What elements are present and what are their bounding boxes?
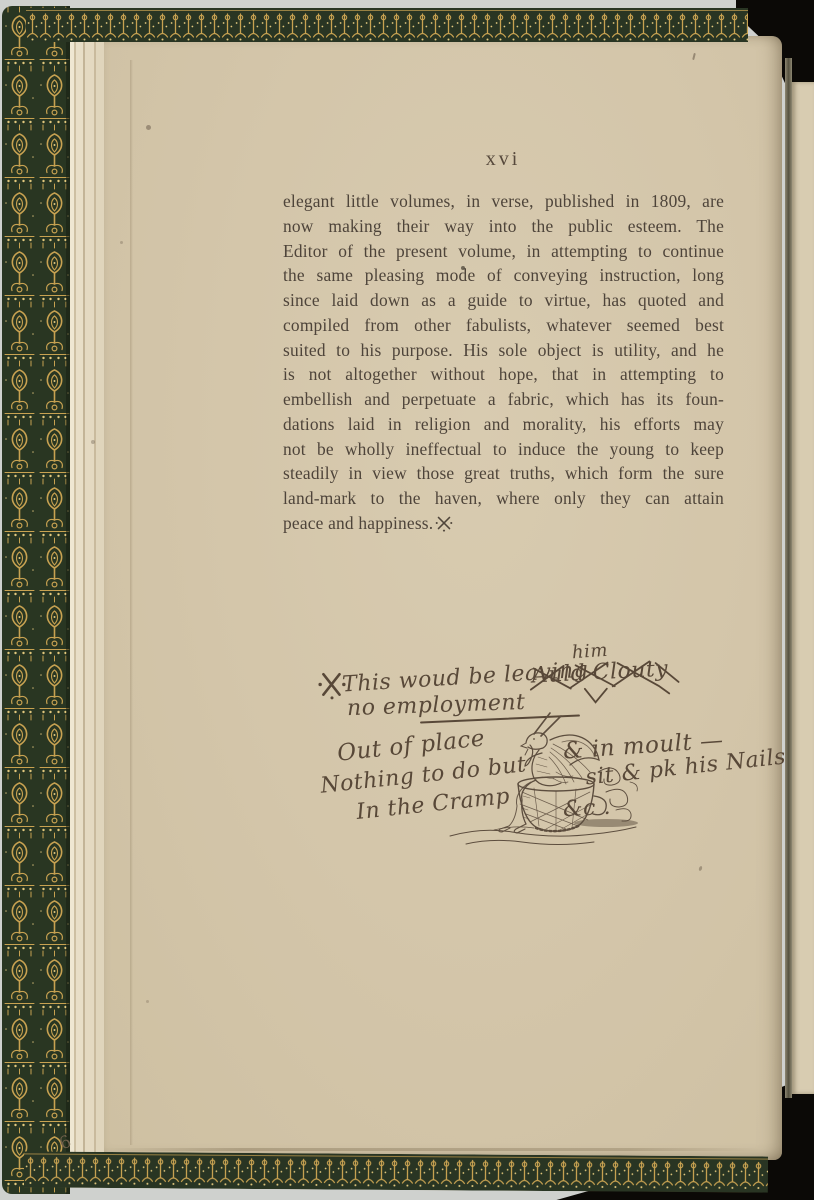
paragraph-line: steadily in view those great truths, whi…	[283, 461, 724, 486]
paragraph-line: since laid down as a guide to virtue, ha…	[283, 288, 724, 313]
page-crease	[130, 60, 133, 1145]
stain-spot	[120, 241, 123, 244]
stain-spot	[91, 440, 95, 444]
paragraph-line: dations laid in religion and morality, h…	[283, 412, 724, 437]
paragraph-line: the same pleasing mode of conveying inst…	[283, 263, 724, 288]
stain-spot	[461, 266, 465, 270]
paragraph-line: suited to his purpose. His sole object i…	[283, 338, 724, 363]
paragraph-line: embellish and perpetuate a fabric, which…	[283, 387, 724, 412]
paragraph-line: land-mark to the haven, where only they …	[283, 486, 724, 511]
annotation-insertion: him	[571, 640, 608, 663]
paragraph-line: compiled from other fabulists, whatever …	[283, 313, 724, 338]
facing-page-edge	[792, 82, 814, 1094]
binding-bottom-strip	[24, 1151, 768, 1192]
page-gap-line	[785, 58, 792, 1098]
paragraph-line: now making their way into the public est…	[283, 214, 724, 239]
paragraph-line: Editor of the present volume, in attempt…	[283, 239, 724, 264]
paragraph-line: elegant little volumes, in verse, publis…	[283, 189, 724, 214]
stain-spot	[146, 125, 151, 130]
binding-top-strip	[26, 8, 748, 42]
devil-on-basket-sketch	[438, 712, 648, 852]
paragraph-last-line: peace and happiness.	[283, 511, 724, 539]
paragraph-line: not be wholly ineffectual to induce the …	[283, 437, 724, 462]
binding-left-strip	[2, 6, 70, 1194]
printed-paragraph: elegant little volumes, in verse, publis…	[283, 189, 724, 539]
reference-cross-mark-icon	[435, 514, 453, 539]
stain-spot	[146, 1000, 149, 1003]
page-bottom-edge	[110, 1148, 760, 1151]
paragraph-line: is not altogether without hope, that in …	[283, 362, 724, 387]
page-number: xvi	[283, 148, 723, 171]
